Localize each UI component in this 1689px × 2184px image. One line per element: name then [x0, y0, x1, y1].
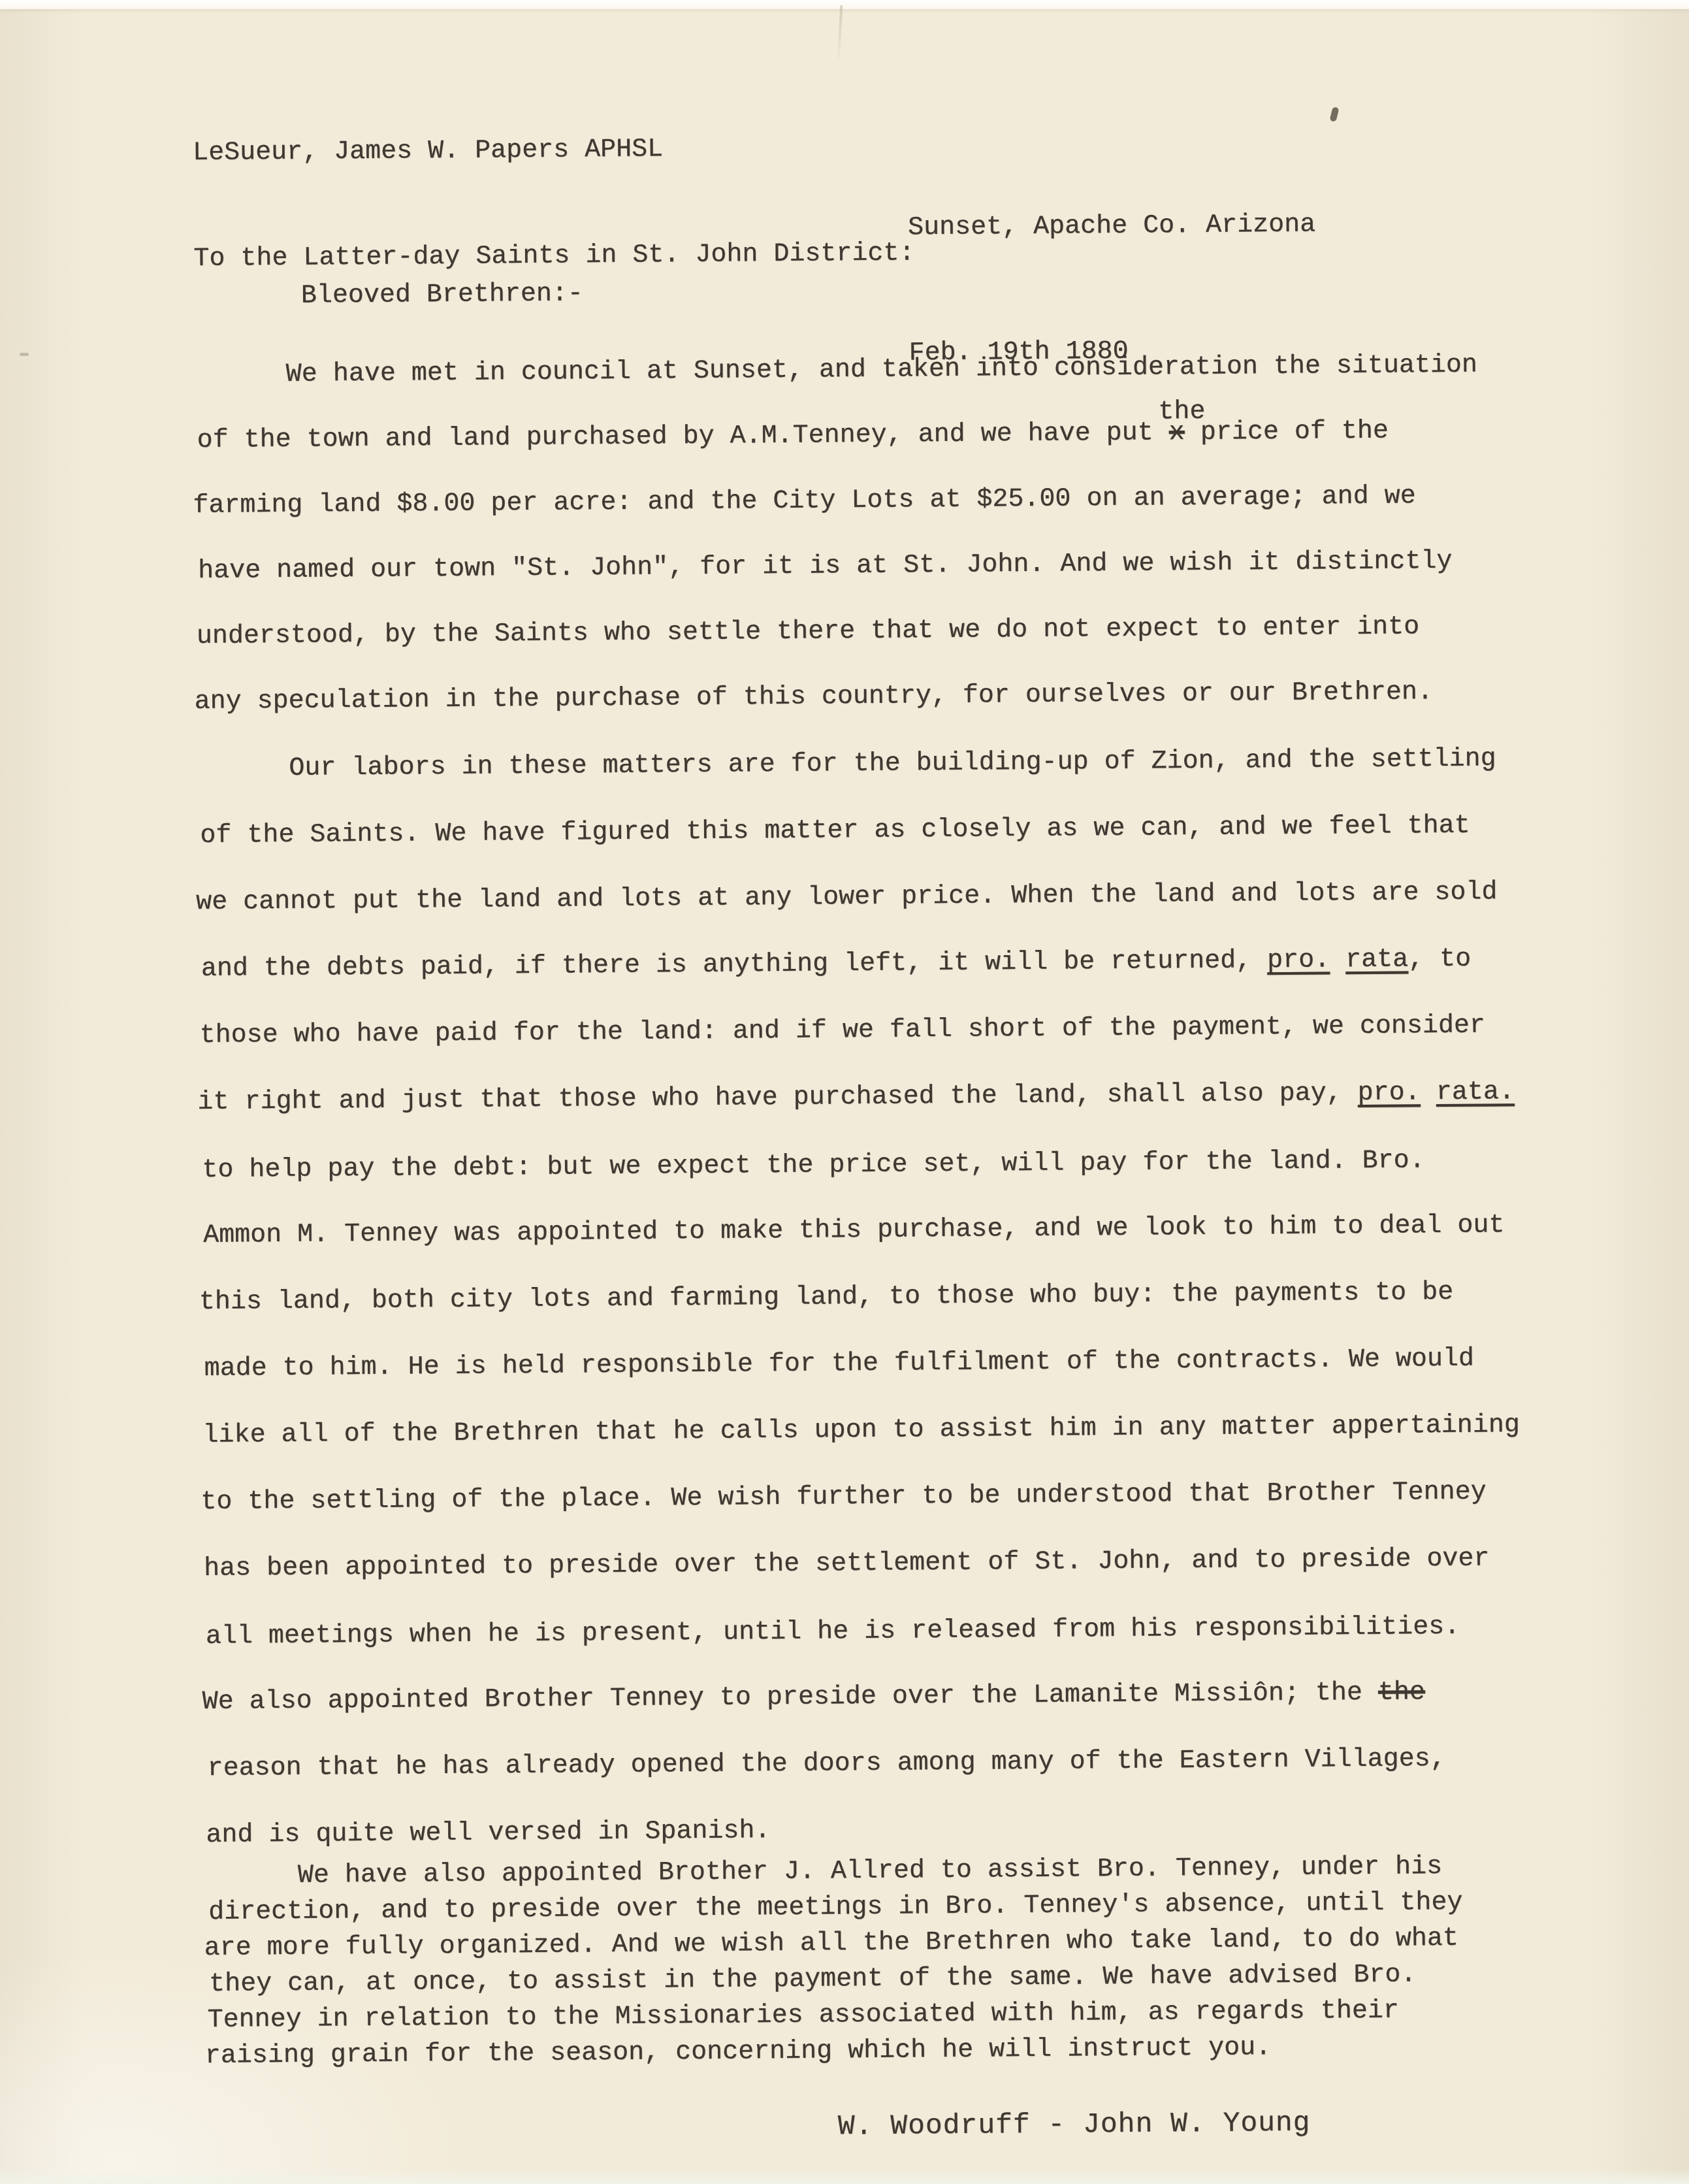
letter-content: LeSueur, James W. Papers APHSL Sunset, A… — [0, 0, 1689, 2184]
letter-line: understood, by the Saints who settle the… — [197, 593, 1689, 670]
underlined-text: rata. — [1436, 1077, 1515, 1107]
letter-line: this land, both city lots and farming la… — [199, 1258, 1689, 1336]
struck-out-text: the — [1378, 1678, 1425, 1708]
letter-line: we cannot put the land and lots at any l… — [196, 858, 1689, 936]
letter-text: price of the — [1185, 417, 1389, 448]
letter-line: and the debts paid, if there is anything… — [201, 924, 1689, 1003]
letter-text — [1421, 1078, 1436, 1107]
letter-text — [1330, 945, 1345, 975]
paragraph-2: Our labors in these matters are for the … — [197, 725, 1689, 1869]
letter-line: those who have paid for the land: and if… — [199, 991, 1689, 1069]
letter-line: Our labors in these matters are for the … — [197, 725, 1689, 803]
letter-line: have named our town "St. John", for it i… — [198, 527, 1689, 604]
underlined-text: pro. — [1358, 1078, 1421, 1108]
letter-line: made to him. He is held responsible for … — [204, 1324, 1689, 1403]
address-line: To the Latter-day Saints in St. John Dis… — [193, 238, 915, 274]
letter-line: of the town and land purchased by A.M.Te… — [197, 397, 1689, 474]
underlined-text: rata — [1345, 945, 1408, 975]
collection-label: LeSueur, James W. Papers APHSL — [193, 135, 663, 168]
letter-text: of the town and land purchased by A.M.Te… — [197, 418, 1169, 455]
letter-line: We also appointed Brother Tenney to pres… — [202, 1657, 1689, 1736]
letter-text: and the debts paid, if there is anything… — [201, 946, 1268, 984]
paragraph-1: We have met in council at Sunset, and ta… — [194, 331, 1689, 735]
letter-line: farming land $8.00 per acre: and the Cit… — [193, 462, 1689, 539]
letter-line: to the settling of the place. We wish fu… — [201, 1458, 1689, 1536]
letter-line: Ammon M. Tenney was appointed to make th… — [203, 1191, 1689, 1269]
letter-line: We have met in council at Sunset, and ta… — [194, 331, 1689, 408]
place-line: Sunset, Apache Co. Arizona — [908, 204, 1316, 250]
paragraph-3: We have also appointed Brother J. Allred… — [206, 1847, 1689, 2074]
letter-line: it right and just that those who have pu… — [197, 1058, 1689, 1136]
scanned-letter-page: LeSueur, James W. Papers APHSL Sunset, A… — [0, 0, 1689, 2184]
letter-line: of the Saints. We have figured this matt… — [200, 791, 1689, 870]
underlined-text: pro. — [1267, 945, 1330, 975]
letter-text: We also appointed Brother Tenney to pres… — [202, 1678, 1379, 1717]
salutation: Bleoved Brethren:- — [301, 279, 583, 310]
letter-line: reason that he has already opened the do… — [207, 1724, 1689, 1802]
letter-line: any speculation in the purchase of this … — [194, 658, 1689, 735]
letter-line: like all of the Brethren that he calls u… — [202, 1391, 1689, 1469]
letter-text: it right and just that those who have pu… — [197, 1079, 1358, 1117]
signature-line: W. Woodruff - John W. Young — [838, 2107, 1311, 2143]
letter-line: has been appointed to preside over the s… — [204, 1524, 1689, 1603]
letter-text: , to — [1408, 945, 1471, 975]
